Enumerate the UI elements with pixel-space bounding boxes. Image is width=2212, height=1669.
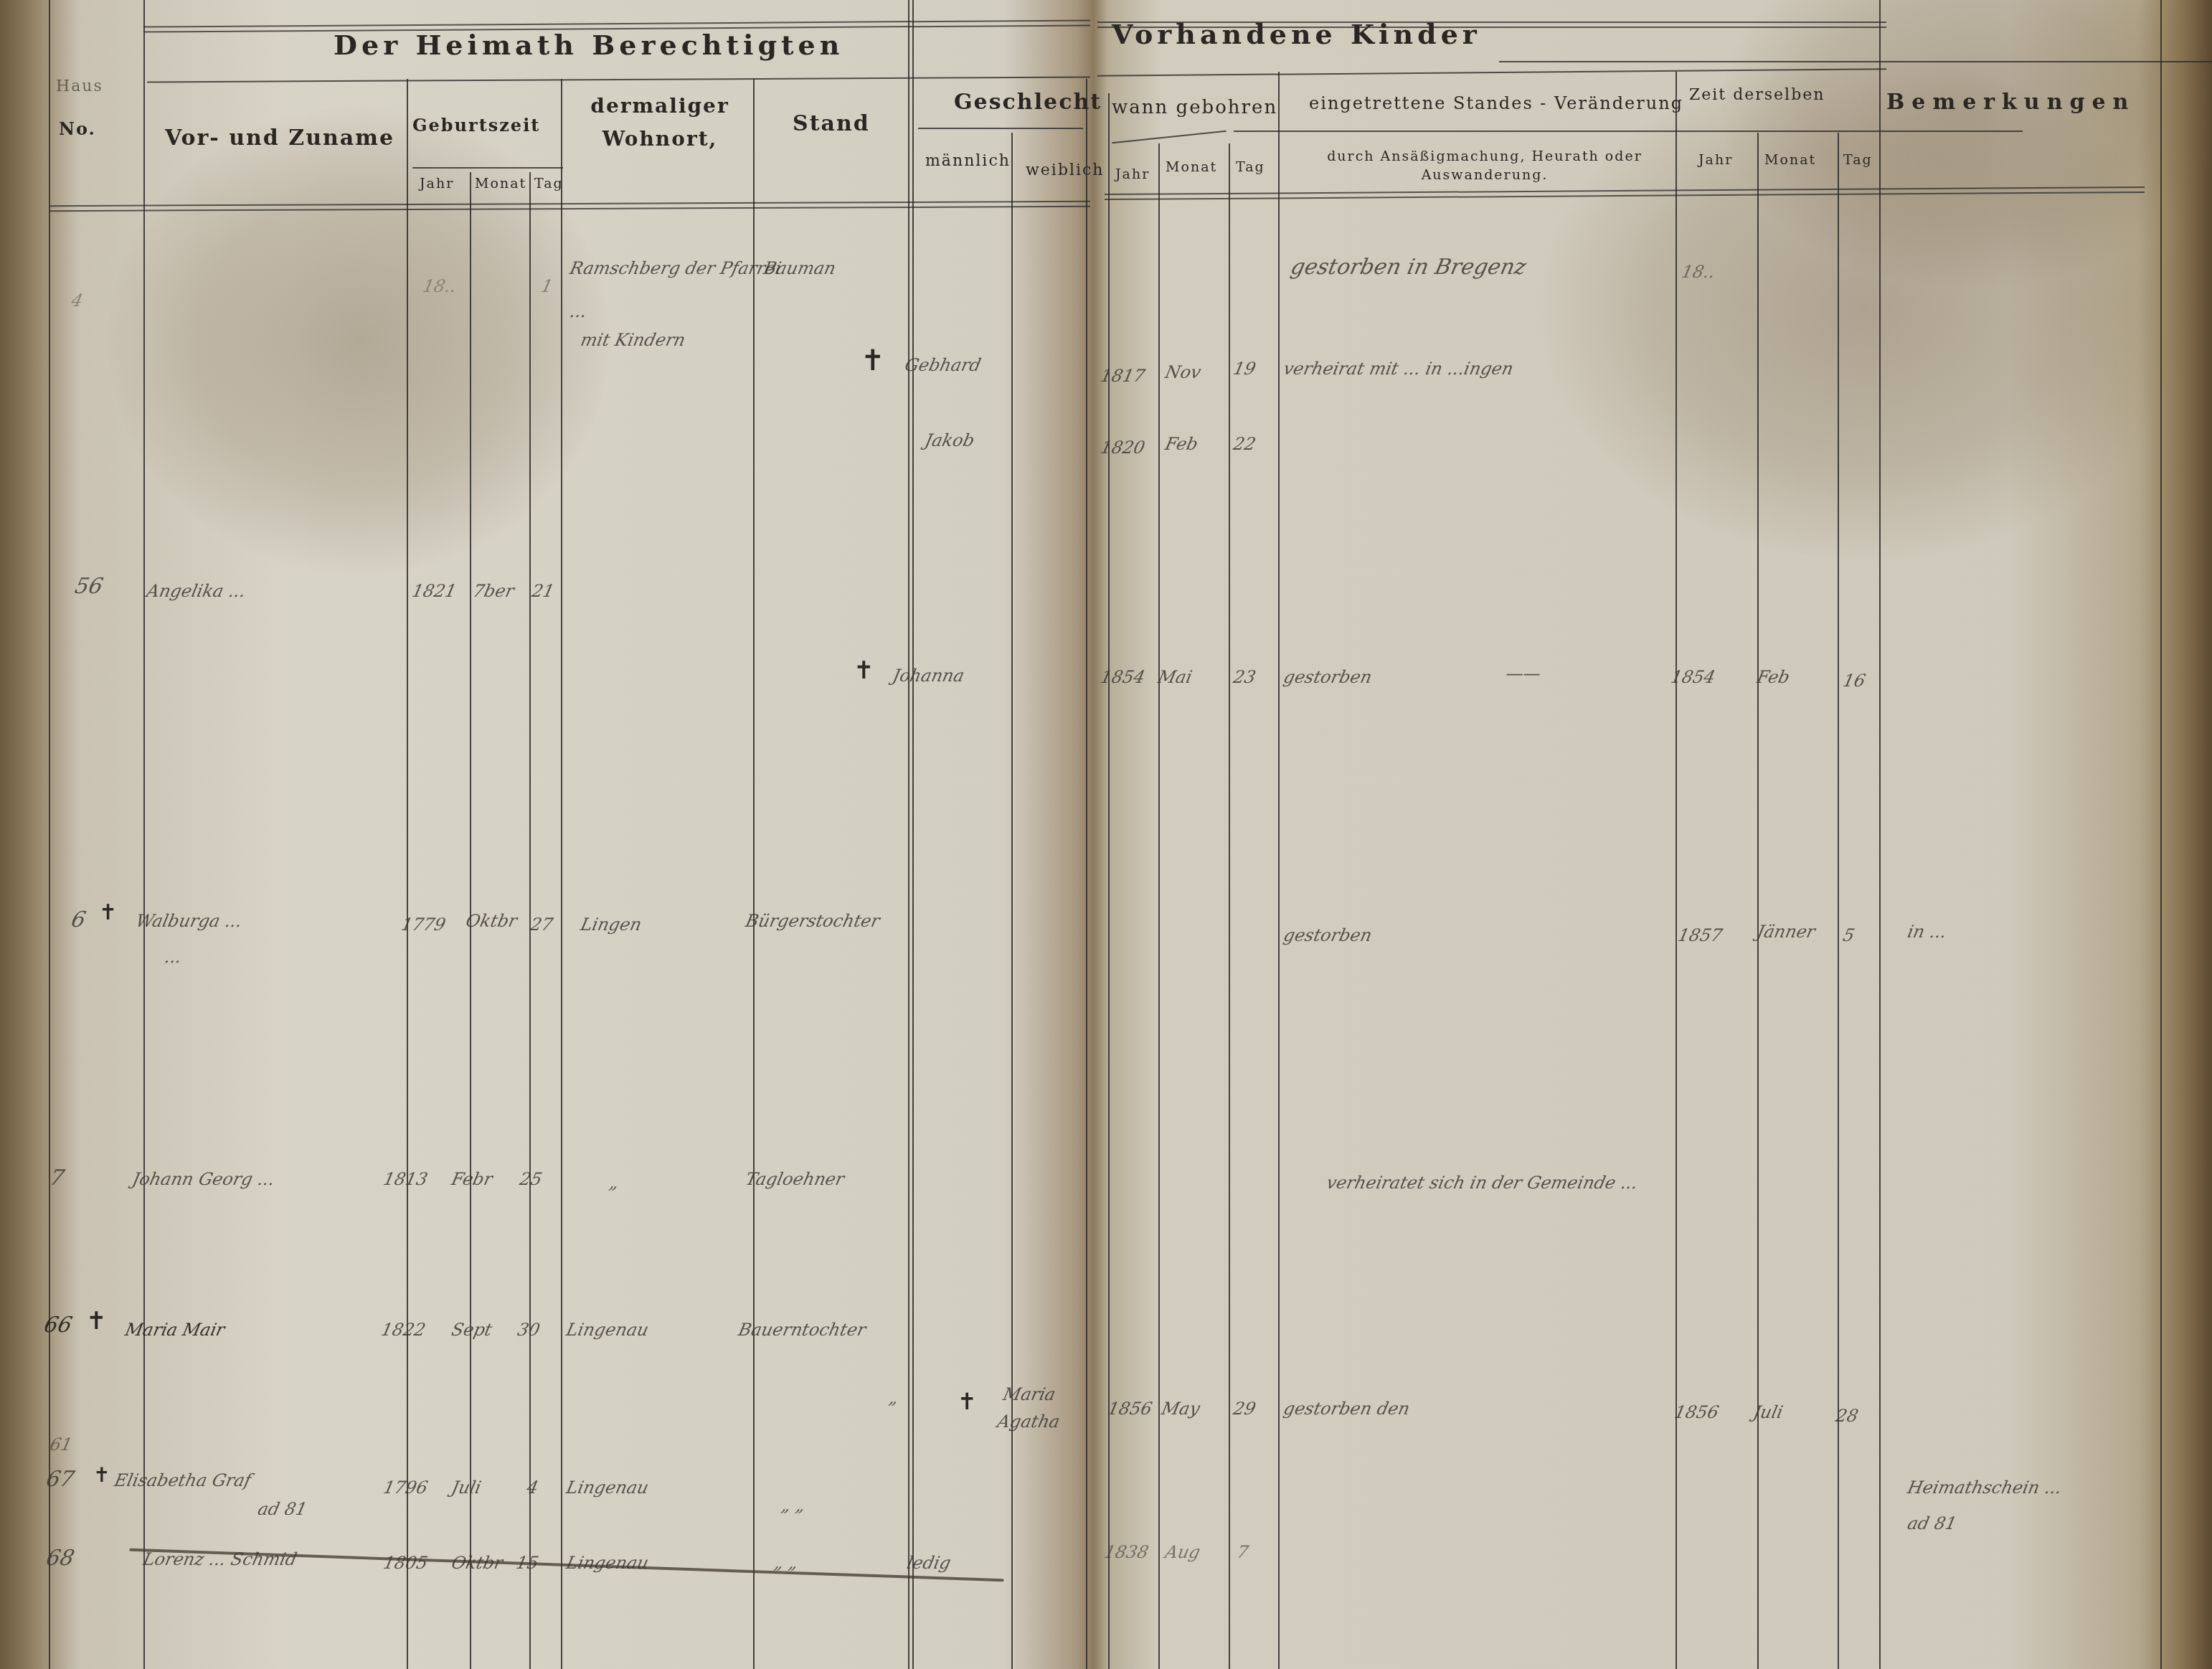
child-name: Maria Agatha bbox=[995, 1381, 1092, 1435]
col-birth-label: Geburtszeit bbox=[412, 115, 540, 136]
col-born-day: Tag bbox=[1236, 159, 1265, 175]
entry-status-ditto: „ „ bbox=[780, 1495, 807, 1516]
entry-status: Bauman bbox=[762, 258, 838, 278]
entry-change: verheiratet sich in der Gemeinde ... bbox=[1325, 1173, 1640, 1193]
entry-sex-male: ledig bbox=[905, 1553, 953, 1573]
child-change: verheirat mit ... in ...ingen bbox=[1282, 359, 1516, 379]
entry-birth-day: 21 bbox=[530, 581, 556, 601]
entry-status: Bürgerstochter bbox=[744, 911, 882, 931]
deceased-cross-icon: ✝ bbox=[854, 656, 874, 685]
entry-change-year: 1857 bbox=[1676, 925, 1724, 945]
col-status-label: Stand bbox=[793, 111, 870, 136]
deceased-cross-icon: ✝ bbox=[86, 1307, 107, 1335]
col-born-year: Jahr bbox=[1115, 166, 1150, 182]
child-change: gestorben bbox=[1282, 667, 1374, 687]
entry-no: 66 bbox=[42, 1313, 75, 1338]
entry-no-alt: 61 bbox=[48, 1434, 74, 1455]
entry-birth-month: 7ber bbox=[471, 581, 516, 601]
entry-change-month: Jänner bbox=[1755, 922, 1817, 942]
entry-name: Elisabetha Graf bbox=[113, 1470, 253, 1490]
header-bottom-rule bbox=[50, 201, 1090, 212]
child-birth-month: Feb bbox=[1163, 434, 1200, 454]
col-time-label: Zeit derselben bbox=[1689, 86, 1825, 104]
entry-birth-month: Juli bbox=[450, 1477, 483, 1498]
child-birth-month: Nov bbox=[1163, 362, 1203, 382]
child-change-year: 1854 bbox=[1669, 667, 1717, 687]
col-change-label: eingetrettene Standes - Veränderung bbox=[1309, 93, 1683, 113]
entry-name: Johann Georg ... bbox=[131, 1169, 277, 1189]
child-birth-month: Mai bbox=[1156, 667, 1194, 687]
col-change-sub-label: durch Ansäßigmachung, Heurath oder Auswa… bbox=[1313, 147, 1657, 184]
entry-status: Bauerntochter bbox=[737, 1320, 868, 1340]
header-mid-rule bbox=[147, 77, 1090, 83]
entry-birth-day: 30 bbox=[516, 1320, 542, 1340]
col-birth-day: Tag bbox=[534, 176, 564, 192]
entry-birth-year: 1821 bbox=[410, 581, 458, 601]
col-male-label: männlich bbox=[925, 152, 1011, 170]
child-change-day: 28 bbox=[1834, 1406, 1860, 1426]
entry-birth-year: 1805 bbox=[382, 1553, 430, 1573]
entry-name: Angelika ... bbox=[145, 581, 247, 601]
entry-birth-year: 1796 bbox=[382, 1477, 430, 1498]
entry-name: Walburga ... bbox=[134, 911, 244, 931]
child-name: Gebhard bbox=[903, 355, 983, 375]
child-change-day: 16 bbox=[1841, 671, 1867, 691]
entry-birth-year: 1813 bbox=[382, 1169, 430, 1189]
child-name: Jakob bbox=[923, 430, 976, 450]
entry-birth-day: 25 bbox=[518, 1169, 544, 1189]
col-name-label: Vor- und Zuname bbox=[165, 126, 394, 151]
entry-birth-month: Febr bbox=[450, 1169, 494, 1189]
child-birth-year: 1820 bbox=[1099, 438, 1147, 458]
section-title-right: Vorhandene Kinder bbox=[1112, 18, 1481, 50]
child-change-month: Feb bbox=[1755, 667, 1792, 687]
entry-change: gestorben in Bregenz bbox=[1288, 255, 1528, 280]
col-female-label: weiblich bbox=[1026, 161, 1105, 179]
left-page: Der Heimath Berechtigten Haus No. Vor- u… bbox=[0, 0, 1090, 1669]
section-title-left: Der Heimath Berechtigten bbox=[334, 29, 843, 61]
col-born-month: Monat bbox=[1166, 159, 1217, 175]
entry-residence: Lingenau bbox=[564, 1553, 651, 1573]
col-house-label: Haus bbox=[56, 77, 103, 95]
deceased-cross-icon: ✝ bbox=[861, 344, 885, 377]
entry-status-ditto: „ „ bbox=[772, 1553, 800, 1573]
change-sub-rule bbox=[1234, 131, 2023, 132]
entry-residence: Lingenau bbox=[564, 1477, 651, 1498]
deceased-cross-icon: ✝ bbox=[93, 1463, 110, 1487]
col-no-label: No. bbox=[59, 118, 96, 139]
col-birth-month: Monat bbox=[475, 176, 526, 192]
entry-no: 56 bbox=[72, 574, 105, 599]
entry-residence-3: mit Kindern bbox=[579, 330, 687, 350]
child-birth-day: 23 bbox=[1232, 667, 1257, 687]
deceased-cross-icon: ✝ bbox=[958, 1388, 977, 1415]
entry-residence: Ramschberg der Pfarrei bbox=[568, 258, 783, 278]
entry-birth-year: 1779 bbox=[400, 914, 448, 935]
entry-birth-day: 27 bbox=[529, 914, 554, 935]
entry-no: 68 bbox=[44, 1546, 77, 1571]
birth-sub-rule bbox=[412, 167, 563, 169]
col-residence-label: dermaliger Wohnort, bbox=[574, 90, 746, 156]
entry-birth-year: 18.. bbox=[421, 276, 458, 296]
col-born-label: wann gebohren bbox=[1112, 97, 1277, 118]
entry-remarks-2: ad 81 bbox=[1906, 1513, 1959, 1533]
col-birth-year: Jahr bbox=[420, 176, 454, 192]
deceased-cross-icon: ✝ bbox=[99, 900, 117, 925]
child-birth-month: Aug bbox=[1163, 1542, 1202, 1562]
entry-residence: Lingen bbox=[579, 914, 643, 935]
header-mid-rule bbox=[1097, 68, 1886, 77]
col-time-month: Monat bbox=[1764, 152, 1816, 168]
entry-status: Tagloehner bbox=[744, 1169, 846, 1189]
sex-sub-rule bbox=[918, 128, 1083, 129]
col-remarks-label: Bemerkungen bbox=[1886, 90, 2135, 115]
child-change-dash: —— bbox=[1504, 663, 1543, 684]
col-sex-label: Geschlecht bbox=[954, 90, 1102, 115]
child-change: gestorben den bbox=[1282, 1399, 1412, 1419]
born-sub-rule bbox=[1112, 131, 1226, 144]
child-birth-year: 1856 bbox=[1106, 1399, 1154, 1419]
child-birth-year: 1838 bbox=[1102, 1542, 1150, 1562]
child-birth-month: May bbox=[1160, 1399, 1201, 1419]
child-birth-day: 29 bbox=[1232, 1399, 1257, 1419]
col-time-year: Jahr bbox=[1698, 152, 1733, 168]
entry-birth-month: Sept bbox=[450, 1320, 494, 1340]
entry-remarks: in ... bbox=[1906, 922, 1949, 942]
entry-remarks: Heimathschein ... bbox=[1906, 1477, 2064, 1498]
child-birth-day: 22 bbox=[1232, 434, 1257, 454]
child-birth-year: 1817 bbox=[1099, 366, 1147, 386]
child-change-month: Juli bbox=[1752, 1402, 1785, 1422]
entry-change-year: 18.. bbox=[1680, 262, 1717, 282]
entry-no: 67 bbox=[44, 1467, 77, 1492]
child-birth-day: 19 bbox=[1232, 359, 1257, 379]
right-page: Vorhandene Kinder wann gebohren Jahr Mon… bbox=[1097, 0, 2212, 1669]
child-birth-year: 1854 bbox=[1099, 667, 1147, 687]
ledger-spread: Der Heimath Berechtigten Haus No. Vor- u… bbox=[0, 0, 2212, 1669]
entry-residence: Lingenau bbox=[564, 1320, 651, 1340]
header-mid-rule-2 bbox=[1499, 61, 2212, 62]
col-time-day: Tag bbox=[1843, 152, 1873, 168]
child-change-year: 1856 bbox=[1673, 1402, 1721, 1422]
entry-birth-month: Oktbr bbox=[464, 911, 519, 931]
entry-birth-year: 1822 bbox=[379, 1320, 427, 1340]
entry-change: gestorben bbox=[1282, 925, 1374, 945]
header-bottom-rule bbox=[1105, 186, 2145, 200]
child-name: Johanna bbox=[891, 666, 966, 686]
entry-name-2: ad 81 bbox=[256, 1499, 309, 1519]
entry-name: Maria Mair bbox=[123, 1320, 227, 1340]
